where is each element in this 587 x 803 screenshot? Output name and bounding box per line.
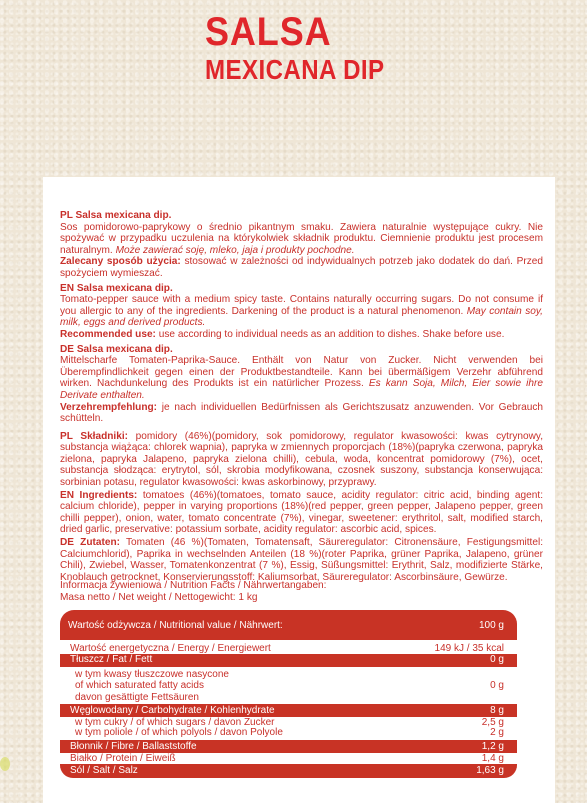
en-ingredients: EN Ingredients: tomatoes (46%)(tomatoes,…	[60, 490, 543, 536]
row-label: Węglowodany / Carbohydrate / Kohlenhydra…	[70, 705, 275, 716]
nutrition-heading: Informacja żywieniowa / Nutrition Facts …	[60, 580, 326, 592]
label-panel: PL Salsa mexicana dip. Sos pomidorowo-pa…	[43, 177, 555, 803]
table-row-fat: Tłuszcz / Fat / Fett 0 g	[60, 655, 517, 666]
table-row-fibre: Błonnik / Fibre / Ballaststoffe 1,2 g	[60, 741, 517, 753]
title-line-1: SALSA	[205, 12, 393, 52]
row-label: Tłuszcz / Fat / Fett	[70, 655, 152, 665]
de-ingredients: DE Zutaten: Tomaten (46 %)(Tomaten, Toma…	[60, 537, 543, 583]
row-label: Białko / Protein / Eiweiß	[70, 753, 176, 764]
en-use-label: Recommended use:	[60, 329, 156, 340]
row-label: w tym poliole / of which polyols / davon…	[75, 728, 283, 738]
row-label: w tym kwasy tłuszczowe nasycone of which…	[75, 669, 229, 703]
row-label: Wartość energetyczna / Energy / Energiew…	[70, 644, 271, 654]
en-use-text: use according to individual needs as an …	[159, 329, 505, 340]
pl-heading: PL Salsa mexicana dip.	[60, 210, 171, 221]
pl-section: PL Salsa mexicana dip. Sos pomidorowo-pa…	[60, 210, 543, 280]
table-row-polyols: w tym poliole / of which polyols / davon…	[60, 728, 517, 740]
table-row-protein: Białko / Protein / Eiweiß 1,4 g	[60, 753, 517, 765]
en-section: EN Salsa mexicana dip. Tomato-pepper sau…	[60, 283, 543, 341]
nutrition-table: Wartość odżywcza / Nutritional value / N…	[60, 610, 517, 778]
nutrition-table-header: Wartość odżywcza / Nutritional value / N…	[60, 610, 517, 640]
de-section: DE Salsa mexicana dip. Mittelscharfe Tom…	[60, 344, 543, 425]
pl-use-label: Zalecany sposób użycia:	[60, 256, 181, 267]
de-ingredients-label: DE Zutaten:	[60, 537, 120, 548]
nutrition-heading-block: Informacja żywieniowa / Nutrition Facts …	[60, 580, 326, 604]
net-weight: Masa netto / Net weight / Nettogewicht: …	[60, 592, 326, 604]
row-value: 1,2 g	[482, 741, 504, 752]
row-value: 8 g	[490, 705, 504, 716]
table-row-saturated: w tym kwasy tłuszczowe nasycone of which…	[60, 667, 517, 705]
description-block: PL Salsa mexicana dip. Sos pomidorowo-pa…	[60, 210, 543, 587]
row-value: 2 g	[490, 728, 504, 738]
row-value: 1,4 g	[482, 753, 504, 764]
row-value: 0 g	[490, 680, 504, 691]
de-ingredients-text: Tomaten (46 %)(Tomaten, Tomatensaft, Säu…	[60, 537, 543, 583]
product-title: SALSA MEXICANA DIP	[205, 12, 414, 84]
table-row-salt: Sól / Salt / Salz 1,63 g	[60, 765, 517, 778]
title-line-2: MEXICANA DIP	[205, 56, 385, 84]
en-heading: EN Salsa mexicana dip.	[60, 283, 173, 294]
decorative-leaf	[0, 757, 10, 771]
table-row-carbohydrate: Węglowodany / Carbohydrate / Kohlenhydra…	[60, 705, 517, 717]
pl-ingredients: PL Składniki: pomidory (46%)(pomidory, s…	[60, 431, 543, 489]
pl-ingredients-label: PL Składniki:	[60, 431, 128, 442]
pl-allergens: Może zawierać soję, mleko, jaja i produk…	[116, 245, 355, 256]
row-value: 0 g	[490, 655, 504, 665]
row-label: Błonnik / Fibre / Ballaststoffe	[70, 741, 197, 752]
de-heading: DE Salsa mexicana dip.	[60, 344, 173, 355]
de-use-label: Verzehrempfehlung:	[60, 402, 157, 413]
row-value: 1,63 g	[476, 765, 504, 777]
pl-ingredients-text: pomidory (46%)(pomidory, sok pomidorowy,…	[60, 431, 543, 488]
en-ingredients-label: EN Ingredients:	[60, 490, 137, 501]
header-value: 100 g	[479, 620, 504, 631]
row-value: 149 kJ / 35 kcal	[435, 644, 504, 654]
header-label: Wartość odżywcza / Nutritional value / N…	[68, 620, 283, 631]
row-label: Sól / Salt / Salz	[70, 765, 138, 777]
